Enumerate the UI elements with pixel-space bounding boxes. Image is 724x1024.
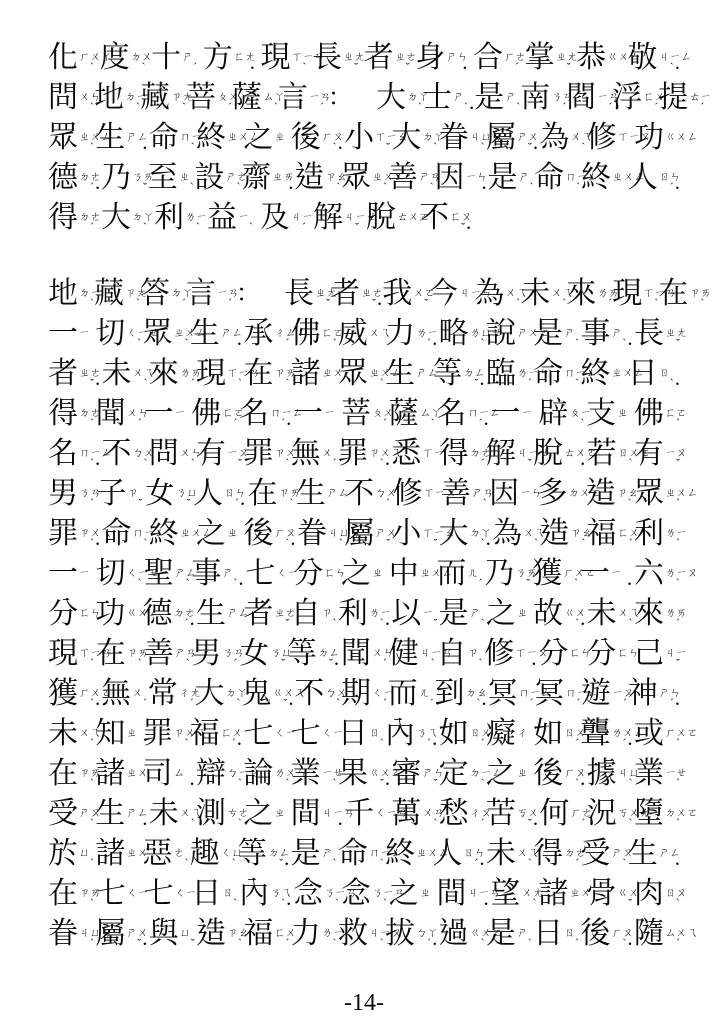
zhuyin-symbols: ㄅㄨ (375, 489, 385, 499)
han-character: 掌 (525, 43, 555, 73)
char-unit: 切ㄑㄧㄝˋ (95, 316, 141, 352)
zhuyin-ruby: ㄆㄨˊ (372, 396, 382, 432)
tone-mark: ˋ (90, 777, 94, 789)
zhuyin-ruby: ㄓㄨ (126, 756, 136, 792)
zhuyin-ruby: ㄓ (517, 596, 527, 632)
text-line: 眾ㄓㄨㄥˋ生ㄕㄥ.命ㄇㄧㄥˋ終ㄓㄨㄥ之ㄓ後ㄏㄡˋ.小ㄒㄧㄠˇ大ㄉㄚˋ眷ㄐㄩㄢˋ屬… (48, 118, 680, 158)
tone-mark: ˋ (528, 857, 532, 869)
zhuyin-symbols: ㄗㄨㄟ (369, 449, 379, 459)
zhuyin-symbols: ㄓ (517, 609, 527, 619)
zhuyin-symbols: ㄊㄧ (689, 93, 699, 103)
zhuyin-ruby: ㄌㄧˋ (322, 916, 332, 952)
char-unit: 福ㄈㄨˊ (243, 916, 289, 952)
zhuyin-symbols: ㄓㄨㄥ (612, 173, 622, 183)
zhuyin-symbols: ㄑㄧ (322, 729, 332, 739)
zhuyin-symbols: ㄌㄧ (322, 929, 332, 939)
zhuyin-ruby: ㄓ (227, 516, 237, 552)
zhuyin-symbols: ㄏㄨㄚ (79, 53, 89, 63)
char-unit: 是ㄕˋ (488, 160, 534, 196)
zhuyin-ruby: ㄒㄧㄡ (515, 636, 525, 672)
zhuyin-ruby: ㄨㄟ (369, 316, 379, 352)
han-character: 承 (243, 319, 273, 349)
zhuyin-symbols: ㄓ (372, 569, 382, 579)
zhuyin-symbols: ㄌㄩㄝ (470, 329, 480, 339)
zhuyin-ruby: ㄍㄨㄛˇ (369, 756, 379, 792)
zhuyin-symbols: ㄓ (227, 529, 237, 539)
char-unit: 現ㄒㄧㄢˋ (261, 40, 307, 76)
tone-mark: ˋ (185, 737, 189, 749)
char-unit: 等ㄉㄥˇ. (287, 636, 339, 672)
zhuyin-symbols: ㄏㄡ (564, 769, 574, 779)
zhuyin-symbols: ㄗㄞ (689, 289, 699, 299)
zhuyin-ruby: ㄕㄨˇ (126, 916, 136, 952)
zhuyin-symbols: ㄕ (611, 329, 621, 339)
zhuyin-ruby: ㄐㄧㄝˇ (517, 436, 527, 472)
char-unit: 長ㄓㄤˇ (284, 276, 330, 312)
char-unit: 據ㄐㄩˋ (587, 756, 633, 792)
zhuyin-symbols: ㄕ (564, 329, 574, 339)
tone-mark: ˋ (576, 181, 580, 193)
zhuyin-symbols: ㄧㄢ (597, 93, 607, 103)
tone-mark: ˇ (433, 617, 437, 629)
zhuyin-ruby: ㄙ (174, 756, 184, 792)
zhuyin-ruby: ㄇㄧㄥˊ (270, 396, 280, 432)
zhuyin-ruby: ㄧ (79, 556, 89, 592)
zhuyin-ruby: ㄐㄧㄡˋ (369, 916, 379, 952)
char-unit: 造ㄗㄠˋ (196, 916, 242, 952)
char-unit: 小ㄒㄧㄠˇ (391, 516, 437, 552)
zhuyin-ruby: ㄨㄟˋ (523, 516, 533, 552)
zhuyin-symbols: ㄉㄚ (470, 529, 480, 539)
tone-mark: ˊ (481, 737, 485, 749)
char-unit: 問ㄨㄣˋ (48, 80, 94, 116)
han-character: 大 (376, 83, 406, 113)
tone-mark: ˋ (238, 377, 242, 389)
han-character: 七 (243, 719, 273, 749)
tone-mark: ˊ (515, 61, 519, 73)
tone-mark: ˊ (90, 221, 94, 233)
zhuyin-symbols: ㄑㄩ (221, 849, 231, 859)
zhuyin-ruby: ㄉㄚˊ (171, 276, 181, 312)
zhuyin-ruby: ㄒㄧㄡ (618, 120, 628, 156)
zhuyin-symbols: ㄕㄥ (221, 329, 231, 339)
zhuyin-symbols: ㄉㄜ (79, 213, 89, 223)
tone-mark: ˊ (474, 857, 478, 869)
zhuyin-symbols: ㄒㄧㄠ (375, 133, 385, 143)
zhuyin-ruby: ㄗㄞˋ (279, 476, 289, 512)
zhuyin-ruby: ㄔㄥˊ (274, 316, 284, 352)
char-unit: 常ㄔㄤˊ (148, 676, 194, 712)
text-line: 問ㄨㄣˋ地ㄉㄧˋ藏ㄗㄤˋ菩ㄆㄨˊ薩ㄙㄚˋ言ㄧㄢˊ：大ㄉㄚˋ士ㄕˋ.是ㄕˋ南ㄋㄢˊ… (48, 78, 680, 118)
zhuyin-ruby: ㄕˋ (453, 80, 463, 116)
char-unit: 自ㄗˋ (291, 596, 337, 632)
zhuyin-ruby: ㄑㄧ (175, 876, 185, 912)
tone-mark: ˊ (383, 657, 387, 669)
zhuyin-symbols: ㄓ (274, 133, 284, 143)
zhuyin-ruby: ㄐㄩㄢˋ (328, 516, 338, 552)
zhuyin-symbols: ㄗㄨㄟ (79, 529, 89, 539)
char-unit: 福ㄈㄨˊ (587, 516, 633, 552)
char-unit: 後ㄏㄡˋ. (580, 916, 632, 952)
zhuyin-ruby: ㄑㄧㄢ (375, 796, 385, 832)
char-unit: 內ㄋㄟˋ. (385, 716, 437, 752)
char-unit: 念ㄋㄧㄢˋ (293, 876, 339, 912)
zhuyin-ruby: ㄇㄧㄥˊ (519, 676, 529, 712)
char-unit: 眾ㄓㄨㄥˋ (341, 160, 387, 196)
han-character: 造 (294, 163, 324, 193)
zhuyin-ruby: ㄐㄧˇ (665, 636, 675, 672)
zhuyin-symbols: ㄊㄨㄛ (397, 213, 407, 223)
tone-mark: ˋ (575, 337, 579, 349)
zhuyin-symbols: ㄉㄧㄥ (470, 769, 480, 779)
char-unit: 乃ㄋㄞˇ (101, 160, 147, 196)
tone-mark: ˋ (575, 617, 579, 629)
zhuyin-ruby: ㄋㄢˊ (79, 476, 89, 512)
tone-mark: ˇ (676, 337, 680, 349)
char-unit: 閻ㄧㄢˊ (566, 80, 612, 116)
zhuyin-symbols: ㄏㄡ (274, 529, 284, 539)
tone-mark: ˋ (534, 537, 538, 549)
char-unit: 後ㄏㄡˋ. (533, 756, 585, 792)
tone-mark: ˋ (581, 537, 585, 549)
zhuyin-ruby: ㄨㄣˊ (127, 396, 137, 432)
zhuyin-ruby: ㄜˋ (174, 836, 184, 872)
tone-mark: ˊ (90, 181, 94, 193)
zhuyin-symbols: ㄓㄤ (343, 53, 353, 63)
zhuyin-ruby: ㄕㄡˋ (611, 836, 621, 872)
tone-mark: ˋ (144, 457, 148, 469)
tone-mark: ˊ (143, 697, 147, 709)
char-unit: 苦ㄎㄨˇ. (486, 796, 538, 832)
zhuyin-symbols: ㄧ (238, 213, 248, 223)
tone-mark: ˋ (629, 617, 633, 629)
char-unit: 諸ㄓㄨ (95, 836, 141, 872)
char-unit: 在ㄗㄞˋ (48, 756, 94, 792)
tone-mark: ˋ (144, 537, 148, 549)
zhuyin-ruby: ㄑㄩˋ (221, 836, 231, 872)
han-character: 分 (48, 599, 78, 629)
tone-mark: ˋ (136, 297, 140, 309)
char-unit: 得ㄉㄜˊ (48, 396, 94, 432)
tone-mark: ˋ (143, 221, 147, 233)
zhuyin-symbols: ㄉㄥ (318, 649, 328, 659)
zhuyin-ruby: ㄓ (420, 876, 430, 912)
char-unit: 七ㄑㄧ (245, 556, 291, 592)
char-unit: 有ㄧㄡˇ (196, 436, 242, 472)
zhuyin-symbols: ㄍㄨㄛ (470, 929, 480, 939)
char-unit: 名ㄇㄧㄥˊ. (437, 396, 489, 432)
zhuyin-symbols: ㄉㄚ (422, 133, 432, 143)
tone-mark: ˋ (185, 857, 189, 869)
zhuyin-symbols: ㄓㄨ (126, 849, 136, 859)
char-unit: 乃ㄋㄞˇ (484, 556, 530, 592)
han-character: 生 (196, 599, 226, 629)
zhuyin-symbols: ㄕ (519, 173, 529, 183)
zhuyin-symbols: ㄕㄥ (327, 489, 337, 499)
zhuyin-symbols: ㄈㄛ (322, 329, 332, 339)
han-character: 六 (634, 559, 664, 589)
zhuyin-ruby: ㄅㄨˋ (375, 476, 385, 512)
zhuyin-symbols: ㄖㄡ (665, 889, 675, 899)
zhuyin-symbols: ㄕㄥ (126, 133, 136, 143)
char-unit: 言ㄧㄢˊ： (278, 80, 376, 116)
zhuyin-symbols: ㄉㄜ (470, 449, 480, 459)
tone-mark: ˋ (196, 221, 200, 233)
zhuyin-symbols: ㄧㄢ (217, 289, 227, 299)
paragraph: 地ㄉㄧˋ藏ㄗㄤˋ答ㄉㄚˊ言ㄧㄢˊ：長ㄓㄤˇ者ㄓㄜˇ.我ㄨㄛˇ今ㄐㄧㄣ為ㄨㄟˋ未ㄨ… (48, 274, 680, 954)
zhuyin-ruby: ㄗㄠˋ (227, 916, 237, 952)
zhuyin-ruby: ㄑㄧˊ (372, 676, 382, 712)
zhuyin-symbols: ㄕㄡ (79, 809, 89, 819)
zhuyin-ruby: ㄕˊ (182, 40, 192, 76)
char-unit: 大ㄉㄚˋ (376, 80, 422, 116)
zhuyin-symbols: ㄏㄜ (570, 809, 580, 819)
zhuyin-symbols: ㄘㄜ (227, 809, 237, 819)
tone-mark: ˊ (676, 417, 680, 429)
tone-mark: ˋ (136, 101, 140, 113)
han-character: 後 (533, 759, 563, 789)
han-character: 方 (203, 43, 233, 73)
tone-mark: ˇ (143, 181, 147, 193)
tone-mark: ˇ (326, 297, 330, 309)
zhuyin-ruby: ㄒㄧㄢˋ (292, 40, 302, 76)
tone-mark: ˋ (90, 297, 94, 309)
char-unit: 在ㄗㄞˋ (48, 876, 94, 912)
tone-mark: ˋ (339, 537, 343, 549)
han-character: 罪 (143, 719, 173, 749)
tone-mark: ˇ (372, 297, 376, 309)
zhuyin-symbols: ㄕㄢ (472, 489, 482, 499)
zhuyin-symbols: ㄇㄧㄥ (519, 689, 529, 699)
zhuyin-ruby: ㄈㄨˊ (274, 916, 284, 952)
zhuyin-ruby: ㄨㄣˊ (372, 636, 382, 672)
zhuyin-ruby: ㄑㄧ (276, 556, 286, 592)
char-unit: 健ㄐㄧㄢˋ (389, 636, 435, 672)
char-unit: 為ㄨㄟˋ (539, 120, 585, 156)
char-unit: 聾ㄌㄨㄥˊ. (580, 716, 632, 752)
zhuyin-ruby: ㄋㄢˊ (222, 636, 232, 672)
char-unit: 現ㄒㄧㄢˋ (196, 356, 242, 392)
tone-mark: ˇ (433, 537, 437, 549)
char-unit: 力ㄌㄧˋ (291, 916, 337, 952)
char-unit: 後ㄏㄡˋ. (243, 516, 295, 552)
han-character: 長 (284, 279, 314, 309)
zhuyin-ruby: ㄑㄧ (127, 876, 137, 912)
zhuyin-symbols: ㄏㄡ (322, 133, 332, 143)
tone-mark: ˋ (676, 537, 680, 549)
char-unit: 益ㄧˋ (207, 200, 253, 236)
tone-mark: ˋ (333, 617, 337, 629)
zhuyin-symbols: ㄇㄧㄥ (369, 849, 379, 859)
zhuyin-symbols: ㄇㄧㄥ (79, 449, 89, 459)
tone-mark: ˋ (427, 737, 431, 749)
han-character: 設 (195, 163, 225, 193)
punctuation-mark: . (238, 568, 243, 589)
zhuyin-ruby: ㄋㄟˋ (416, 716, 426, 752)
han-character: 常 (148, 679, 178, 709)
char-unit: 況ㄎㄨㄤˋ (587, 796, 633, 832)
zhuyin-ruby: ㄕˋ (222, 556, 232, 592)
char-unit: 內ㄋㄟˋ. (239, 876, 291, 912)
zhuyin-ruby: ㄕㄣˇ (422, 756, 432, 792)
tone-mark: ˋ (530, 181, 534, 193)
tone-mark: ˋ (676, 737, 680, 749)
zhuyin-symbols: ㄌㄧㄣ (517, 369, 527, 379)
zhuyin-symbols: ㄈㄛ (222, 409, 232, 419)
tone-mark: ˇ (283, 697, 287, 709)
zhuyin-ruby: ㄙㄚˋ (263, 80, 273, 116)
zhuyin-symbols: ㄗㄠ (617, 489, 627, 499)
tone-mark: ˊ (90, 417, 94, 429)
tone-mark: ˋ (191, 817, 195, 829)
sutra-text: 化ㄏㄨㄚˋ度ㄉㄨˋ十ㄕˊ方ㄈㄤ.現ㄒㄧㄢˋ長ㄓㄤˇ者ㄓㄜˇ身ㄕㄣ.合ㄏㄜˊ掌ㄓㄤ… (48, 38, 680, 954)
zhuyin-symbols: ㄋㄢ (79, 489, 89, 499)
char-unit: 來ㄌㄞˊ (566, 276, 612, 312)
zhuyin-ruby: ㄓ (517, 756, 527, 792)
zhuyin-ruby: ㄓㄤˇ (556, 40, 566, 76)
zhuyin-ruby: ㄊㄨㄛ (564, 436, 574, 472)
zhuyin-ruby: ㄘㄜˋ (227, 796, 237, 832)
char-unit: 德ㄉㄜˊ. (48, 160, 100, 196)
char-unit: 是ㄕˋ (291, 836, 337, 872)
zhuyin-ruby: ㄉㄚˋ (422, 120, 432, 156)
zhuyin-symbols: ㄖㄣ (224, 489, 234, 499)
zhuyin-symbols: ㄧㄡ (227, 449, 237, 459)
zhuyin-symbols: ㄒㄧㄢ (79, 649, 89, 659)
tone-mark: ˋ (562, 297, 566, 309)
zhuyin-symbols: ㄆㄨ (372, 409, 382, 419)
char-unit: 因ㄧㄣ (489, 476, 535, 512)
zhuyin-ruby: ㄗㄨㄟˋ (369, 436, 379, 472)
zhuyin-ruby: ㄓㄜˇ (361, 276, 371, 312)
zhuyin-symbols: ㄨㄣ (180, 449, 190, 459)
han-character: 隨 (634, 919, 664, 949)
tone-mark: ˋ (333, 857, 337, 869)
zhuyin-symbols: ㄕ (453, 93, 463, 103)
zhuyin-ruby: ㄕˋ (611, 316, 621, 352)
zhuyin-ruby: ㄖㄣˊ (224, 476, 234, 512)
zhuyin-ruby: ㄒㄧㄠˇ (375, 120, 385, 156)
tone-mark: ˊ (623, 697, 627, 709)
tone-mark: ˊ (670, 181, 674, 193)
text-line: 受ㄕㄡˋ生ㄕㄥ.未ㄨㄟˋ測ㄘㄜˋ之ㄓ間ㄐㄧㄢ.千ㄑㄧㄢ萬ㄨㄢˋ愁ㄔㄡˊ苦ㄎㄨˇ.… (48, 794, 680, 834)
char-unit: 人ㄖㄣˊ. (193, 476, 245, 512)
tone-mark: ˊ (190, 697, 194, 709)
zhuyin-symbols: ㄓㄜ (79, 369, 89, 379)
zhuyin-ruby: ㄗˋ (322, 596, 332, 632)
zhuyin-ruby: ㄍㄨㄥ (126, 596, 136, 632)
zhuyin-symbols: ㄐㄧㄢ (468, 889, 478, 899)
zhuyin-ruby: ㄌㄨㄥˊ (611, 716, 621, 752)
char-unit: 神ㄕㄣˊ. (628, 676, 680, 712)
tone-mark: ˋ (186, 577, 190, 589)
zhuyin-ruby: ㄉㄜˊ (174, 596, 184, 632)
char-unit: 多ㄉㄨㄛ (537, 476, 583, 512)
char-unit: 問ㄨㄣˋ (149, 436, 195, 472)
text-line: 現ㄒㄧㄢˋ在ㄗㄞˋ善ㄕㄢˋ男ㄋㄢˊ女ㄋㄩˇ等ㄉㄥˇ.聞ㄨㄣˊ健ㄐㄧㄢˋ自ㄗˋ修ㄒ… (48, 634, 680, 674)
han-character: 身 (415, 43, 445, 73)
han-character: 解 (313, 203, 343, 233)
han-character: 在 (48, 879, 78, 909)
zhuyin-symbols: ㄕㄣ (422, 769, 432, 779)
char-unit: 諸ㄓㄨ (538, 876, 584, 912)
zhuyin-ruby: ㄕㄥ (416, 356, 426, 392)
char-unit: 事ㄕˋ. (580, 316, 632, 352)
tone-mark: ˇ (281, 657, 285, 669)
tone-mark: ˋ (90, 657, 94, 669)
zhuyin-symbols: ㄓ (126, 729, 136, 739)
zhuyin-ruby: ㄓㄜˇ (395, 40, 405, 76)
text-line: 男ㄋㄢˊ子ㄗˇ女ㄋㄩˇ人ㄖㄣˊ.在ㄗㄞˋ生ㄕㄥ不ㄅㄨˋ修ㄒㄧㄡ善ㄕㄢˋ因ㄧㄣ多ㄉ… (48, 474, 680, 514)
zhuyin-symbols: ㄧ (175, 409, 185, 419)
char-unit: 小ㄒㄧㄠˇ (344, 120, 390, 156)
char-unit: 生ㄕㄥ. (95, 796, 147, 832)
han-character: 罪 (338, 439, 368, 469)
zhuyin-symbols: ㄔㄤ (179, 689, 189, 699)
char-unit: 隨ㄙㄨㄟˊ (634, 916, 680, 952)
han-character: 者 (48, 359, 78, 389)
tone-mark: ˋ (335, 897, 339, 909)
zhuyin-symbols: ㄍㄨ (617, 889, 627, 899)
tone-mark: ˋ (285, 537, 289, 549)
han-character: 中 (389, 559, 419, 589)
zhuyin-ruby: ㄈㄣ (569, 636, 579, 672)
zhuyin-symbols: ㄨㄟ (133, 369, 143, 379)
tone-mark: ˊ (608, 297, 612, 309)
zhuyin-ruby: ㄏㄡˋ (274, 516, 284, 552)
zhuyin-symbols: ㄗ (127, 489, 137, 499)
zhuyin-symbols: ㄖ (369, 729, 379, 739)
char-unit: 司ㄙ. (143, 756, 195, 792)
han-character: 切 (95, 319, 125, 349)
char-unit: 未ㄨㄟˋ (149, 796, 195, 832)
tone-mark: ˊ (333, 337, 337, 349)
text-line: 名ㄇㄧㄥˊ.不ㄅㄨˋ問ㄨㄣˋ有ㄧㄡˇ罪ㄗㄨㄟˋ無ㄨˊ罪ㄗㄨㄟˋ.悉ㄒㄧ得ㄉㄜˊ解… (48, 434, 680, 474)
zhuyin-symbols: ㄉㄚ (132, 213, 142, 223)
tone-mark: ˋ (144, 377, 148, 389)
char-unit: 骨ㄍㄨˇ (586, 876, 632, 912)
zhuyin-ruby: ㄗㄨㄟˋ (79, 516, 89, 552)
zhuyin-ruby: ㄑㄧㄝˋ (127, 556, 137, 592)
char-unit: 分ㄈㄣ (586, 636, 632, 672)
zhuyin-symbols: ㄌㄞ (665, 609, 675, 619)
zhuyin-symbols: ㄧㄣ (466, 173, 476, 183)
zhuyin-symbols: ㄋㄞ (132, 173, 142, 183)
han-character: 諸 (95, 839, 125, 869)
han-character: 受 (48, 799, 78, 829)
char-unit: 掌ㄓㄤˇ (525, 40, 571, 76)
zhuyin-ruby: ㄏㄜˊ (504, 40, 514, 76)
zhuyin-symbols: ㄗㄤ (125, 289, 135, 299)
char-unit: 業ㄧㄝˋ (634, 756, 680, 792)
zhuyin-ruby: ㄕㄥˋ (175, 556, 185, 592)
char-unit: 佛ㄈㄛˊ (634, 396, 680, 432)
char-unit: 因ㄧㄣ. (435, 160, 487, 196)
zhuyin-ruby: ㄨㄟˋ (570, 120, 580, 156)
zhuyin-ruby: ㄌㄞˊ (665, 596, 675, 632)
zhuyin-ruby: ㄍㄨㄛˋ (470, 916, 480, 952)
zhuyin-ruby: ㄕㄥ (327, 476, 337, 512)
zhuyin-ruby: ㄈㄨˊ (643, 80, 653, 116)
tone-mark: ˇ (424, 297, 428, 309)
char-unit: 男ㄋㄢˊ (191, 636, 237, 672)
han-character: 是 (291, 839, 321, 869)
zhuyin-symbols: ㄌㄧ (369, 609, 379, 619)
zhuyin-symbols: ㄕ (322, 849, 332, 859)
char-unit: 得ㄉㄜˊ (533, 836, 579, 872)
zhuyin-symbols: ㄧㄝ (665, 769, 675, 779)
zhuyin-symbols: ㄍㄨㄥ (126, 609, 136, 619)
